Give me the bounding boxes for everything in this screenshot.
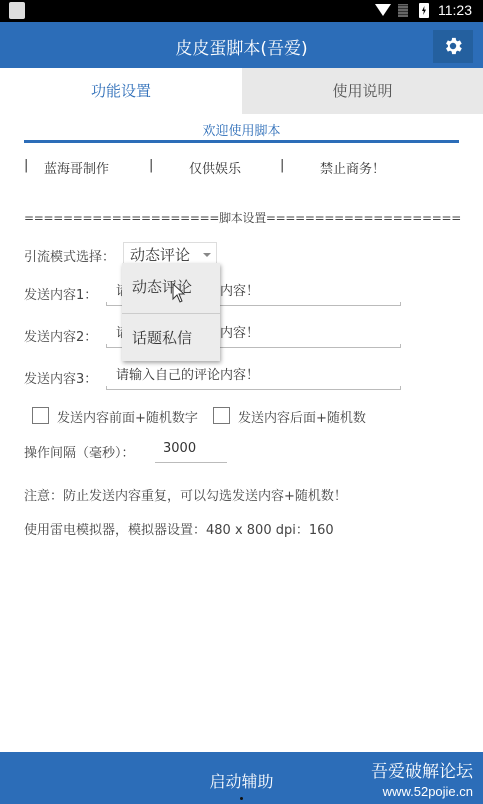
interval-input[interactable]: 3000 (155, 437, 227, 463)
status-bar: 11:23 (0, 0, 483, 22)
wifi-icon (375, 4, 391, 16)
welcome-heading: 欢迎使用脚本 (0, 120, 483, 139)
dropdown-arrow-icon (203, 253, 211, 257)
tab-bar: 功能设置 使用说明 (0, 68, 483, 114)
gear-icon (442, 35, 464, 57)
suffix-random-label: 发送内容后面+随机数 (238, 407, 366, 426)
content2-label: 发送内容2： (24, 326, 97, 345)
note-emulator: 使用雷电模拟器，模拟器设置：480 x 800 dpi：160 (24, 519, 334, 538)
content3-input[interactable]: 请输入自己的评论内容！ (106, 360, 401, 390)
credit-separator: | (149, 158, 153, 173)
settings-section-header: ====================脚本设置================… (24, 209, 461, 226)
mode-dropdown-menu: 动态评论 话题私信 (122, 263, 220, 361)
credit-author: 蓝海哥制作 (44, 158, 109, 177)
welcome-divider (24, 140, 459, 143)
credit-entertainment: 仅供娱乐 (189, 158, 241, 177)
indicator-dot (240, 797, 243, 800)
settings-button[interactable] (433, 30, 473, 63)
battery-charging-icon (419, 3, 429, 18)
bottom-bar: 启动辅助 吾爱破解论坛 www.52pojie.cn (0, 752, 483, 804)
prefix-random-checkbox[interactable] (32, 407, 49, 424)
prefix-random-label: 发送内容前面+随机数字 (57, 407, 198, 426)
mode-selected-value: 动态评论 (130, 244, 190, 265)
mode-option-topic-dm[interactable]: 话题私信 (122, 313, 220, 361)
content3-label: 发送内容3： (24, 368, 97, 387)
mouse-cursor-icon (172, 283, 186, 303)
suffix-random-checkbox[interactable] (213, 407, 230, 424)
credit-no-commercial: 禁止商务！ (320, 158, 385, 177)
signal-icon (398, 4, 408, 17)
notification-icon (9, 2, 25, 19)
content1-label: 发送内容1： (24, 284, 97, 303)
mode-label: 引流模式选择： (24, 246, 115, 265)
tab-function-settings[interactable]: 功能设置 (0, 68, 242, 114)
interval-label: 操作间隔（毫秒）： (24, 442, 135, 461)
mode-option-dynamic-comment[interactable]: 动态评论 (122, 263, 220, 311)
tab-usage-instructions[interactable]: 使用说明 (242, 68, 483, 114)
app-bar: 皮皮蛋脚本(吾爱) (0, 22, 483, 68)
clock: 11:23 (438, 2, 472, 18)
watermark: 吾爱破解论坛 www.52pojie.cn (371, 757, 473, 799)
credit-separator: | (280, 158, 284, 173)
note-duplicate: 注意：防止发送内容重复，可以勾选发送内容+随机数！ (24, 485, 347, 504)
credit-separator: | (24, 158, 28, 173)
app-title: 皮皮蛋脚本(吾爱) (0, 34, 483, 59)
